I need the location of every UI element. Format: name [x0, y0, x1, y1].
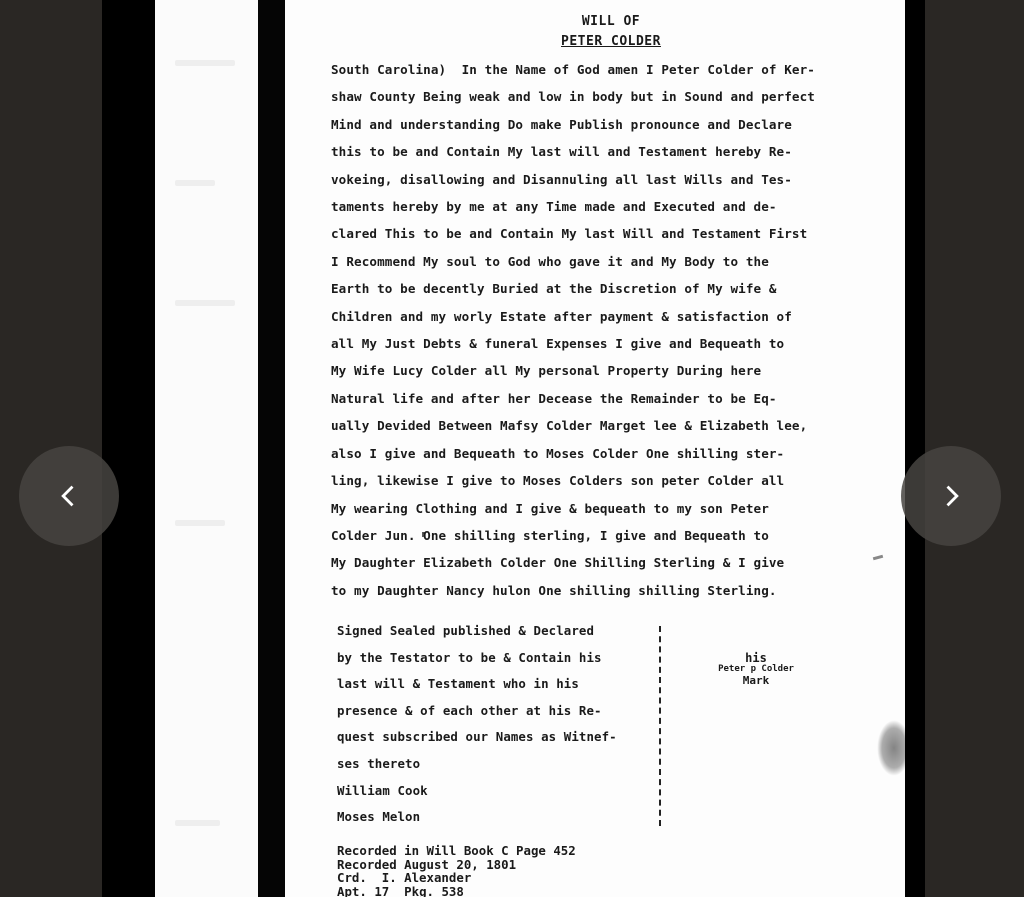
signature-block: Signed Sealed published & Declaredby the… — [331, 618, 891, 838]
witness-line: quest subscribed our Names as Witnef- — [337, 724, 617, 751]
chevron-right-icon — [937, 482, 965, 510]
body-line: I Recommend My soul to God who gave it a… — [331, 248, 891, 275]
witness-line: ses thereto — [337, 751, 617, 778]
body-line: this to be and Contain My last will and … — [331, 138, 891, 165]
body-line: My Daughter Elizabeth Colder One Shillin… — [331, 549, 891, 576]
body-line: Mind and understanding Do make Publish p… — [331, 111, 891, 138]
body-line: taments hereby by me at any Time made an… — [331, 193, 891, 220]
adjacent-page-strip — [155, 0, 258, 897]
body-line: clared This to be and Contain My last Wi… — [331, 220, 891, 247]
witness-line: William Cook — [337, 778, 617, 805]
brace-mark — [649, 626, 661, 826]
superscript-r: r — [421, 530, 426, 540]
will-body: South Carolina) In the Name of God amen … — [331, 56, 891, 604]
image-viewer: WILL OF PETER COLDER South Carolina) In … — [0, 0, 1024, 897]
witness-line: Moses Melon — [337, 804, 617, 831]
body-line: Earth to be decently Buried at the Discr… — [331, 275, 891, 302]
body-line: vokeing, disallowing and Disannuling all… — [331, 166, 891, 193]
next-image-button[interactable] — [901, 446, 1001, 546]
scanned-document-image: WILL OF PETER COLDER South Carolina) In … — [102, 0, 925, 897]
page-divider — [258, 0, 285, 897]
body-line: Natural life and after her Decease the R… — [331, 385, 891, 412]
recording-info: Recorded in Will Book C Page 452Recorded… — [337, 844, 576, 897]
body-line: South Carolina) In the Name of God amen … — [331, 56, 891, 83]
body-line: to my Daughter Nancy hulon One shilling … — [331, 577, 891, 604]
will-document: WILL OF PETER COLDER South Carolina) In … — [331, 12, 891, 604]
scan-stain — [877, 720, 905, 776]
body-line: ually Devided Between Mafsy Colder Marge… — [331, 412, 891, 439]
document-page: WILL OF PETER COLDER South Carolina) In … — [285, 0, 905, 897]
testator-name: PETER COLDER — [331, 32, 891, 52]
witness-clause: Signed Sealed published & Declaredby the… — [337, 618, 617, 831]
witness-line: presence & of each other at his Re- — [337, 698, 617, 725]
body-line: all My Just Debts & funeral Expenses I g… — [331, 330, 891, 357]
body-line: Colder Jun. One shilling sterling, I giv… — [331, 522, 891, 549]
witness-line: Signed Sealed published & Declared — [337, 618, 617, 645]
chevron-left-icon — [55, 482, 83, 510]
right-border — [905, 0, 925, 897]
testator-mark: his Peter p Colder Mark — [691, 652, 821, 686]
body-line: ling, likewise I give to Moses Colders s… — [331, 467, 891, 494]
body-line: shaw County Being weak and low in body b… — [331, 83, 891, 110]
body-line: My wearing Clothing and I give & bequeat… — [331, 495, 891, 522]
witness-line: by the Testator to be & Contain his — [337, 645, 617, 672]
previous-image-button[interactable] — [19, 446, 119, 546]
document-title: WILL OF — [331, 12, 891, 32]
witness-line: last will & Testament who in his — [337, 671, 617, 698]
body-line: Children and my worly Estate after payme… — [331, 303, 891, 330]
body-line: My Wife Lucy Colder all My personal Prop… — [331, 357, 891, 384]
body-line: also I give and Bequeath to Moses Colder… — [331, 440, 891, 467]
